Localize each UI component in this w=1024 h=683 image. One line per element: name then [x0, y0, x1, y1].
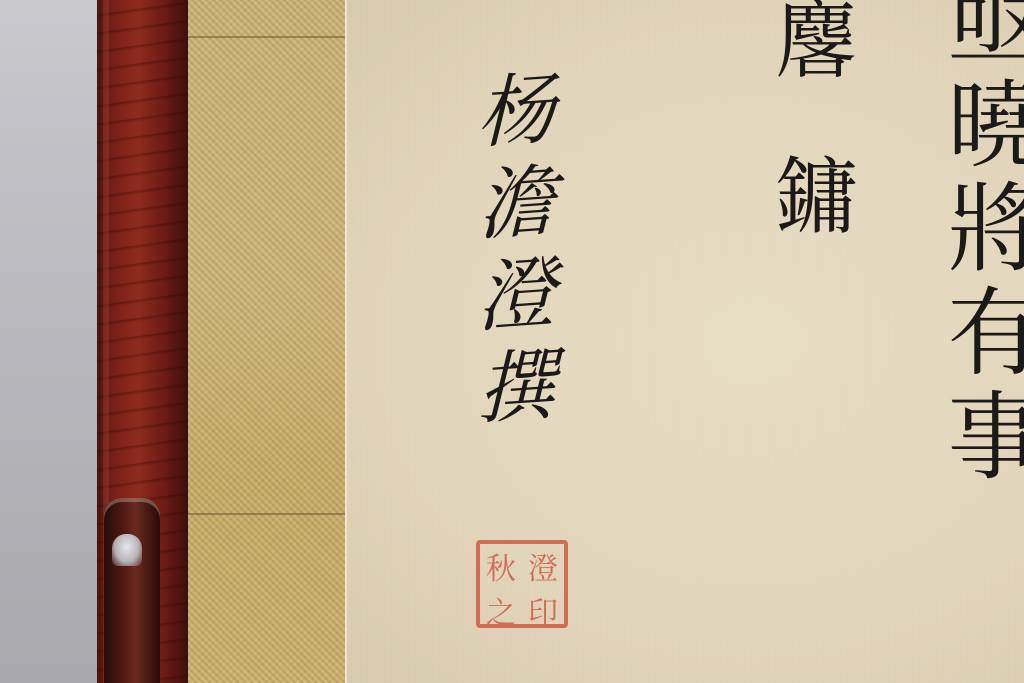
seal-char: 澄 — [522, 544, 564, 588]
calligraphy-middle-column: 麐鏞 — [768, 0, 852, 308]
brocade-seam — [188, 36, 348, 38]
calligraphy-right-column: 亟曉將有事 — [940, 0, 1024, 490]
handle-reflection — [112, 534, 142, 566]
calligraphy-signature: 杨澹澄撰 — [470, 67, 548, 440]
seal-char: 秋 — [480, 544, 522, 588]
silk-scroll — [347, 0, 1024, 683]
brocade-seam — [188, 513, 348, 515]
gold-brocade-mount — [188, 0, 348, 683]
seal-char: 之 — [480, 588, 522, 632]
frame-handle — [104, 498, 160, 683]
background-wall — [0, 0, 100, 683]
red-seal-stamp: 秋 澄 之 印 — [476, 540, 568, 628]
seal-char: 印 — [522, 588, 564, 632]
